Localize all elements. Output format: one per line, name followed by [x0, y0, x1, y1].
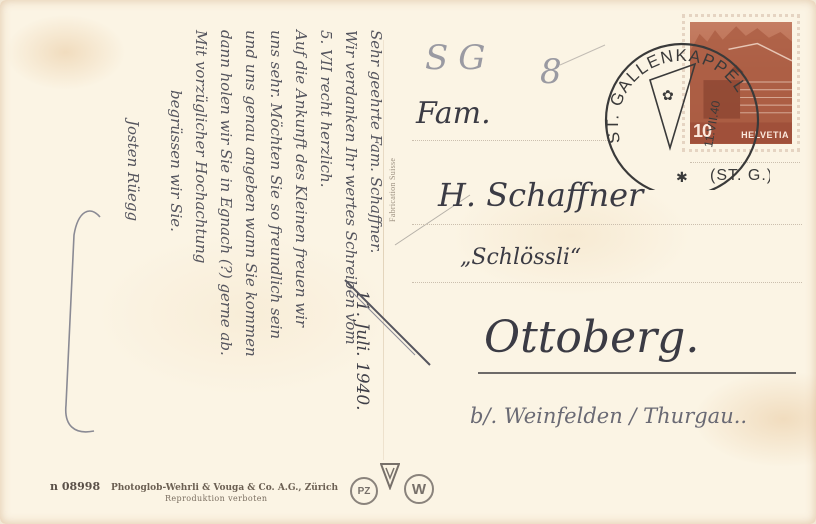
address-house: „Schlössli“: [460, 245, 581, 270]
address-salutation: Fam.: [416, 96, 491, 131]
address-rule-underline: [478, 372, 796, 374]
pz-logo-icon: PZ: [350, 477, 378, 505]
address-town: Ottoberg.: [484, 312, 699, 363]
printer-imprint: n 08998 Photoglob-Wehrli & Vouga & Co. A…: [50, 480, 338, 493]
postmark-star-icon: ✱: [676, 169, 688, 185]
address-rule: [412, 140, 612, 141]
message-line: dann holen wir Sie in Egnach (?) gerne a…: [213, 30, 238, 470]
postmark-canton: (ST. G.): [710, 167, 770, 184]
message-date: 11. Juli. 1940.: [352, 290, 372, 411]
pencil-number: 8: [540, 52, 562, 92]
card-code: n 08998: [50, 480, 100, 493]
publisher: Photoglob-Wehrli & Vouga & Co. A.G., Zür…: [111, 483, 338, 493]
address-rule: [412, 224, 802, 225]
postmark-cancellation: ST. GALLENKAPPEL (ST. G.) ✱ ✿ 11.VII.40: [600, 40, 770, 190]
v-logo-icon: [380, 462, 400, 490]
postmark-date: 11.VII.40: [701, 99, 723, 148]
signature-bracket: [60, 205, 110, 435]
handwritten-message: Sehr geehrte Fam. Schaffner. Wir verdank…: [120, 30, 388, 470]
message-line: Auf die Ankunft des Kleinen freuen wir: [288, 30, 313, 470]
message-line: Mit vorzüglicher Hochachtung: [188, 30, 213, 470]
message-line: 5. VII recht herzlich.: [313, 30, 338, 470]
w-logo-icon: W: [404, 474, 434, 504]
reproduction-notice: Reproduktion verboten: [165, 494, 267, 503]
postcard-back: Fabrication Suisse Sehr geehrte Fam. Sch…: [0, 0, 816, 524]
signature: Josten Rüegg: [120, 30, 145, 470]
message-line: uns sehr. Möchten Sie so freundlich sein: [263, 30, 288, 470]
message-line: und uns genau angeben wann Sie kommen: [238, 30, 263, 470]
postmark-swiss-cross-icon: ✿: [662, 87, 674, 103]
address-via: b/. Weinfelden / Thurgau..: [470, 404, 747, 428]
pencil-region-code: SG: [425, 38, 495, 78]
message-line: begrüssen wir Sie.: [163, 30, 188, 470]
fabrication-label: Fabrication Suisse: [388, 158, 397, 222]
address-rule: [412, 282, 802, 283]
